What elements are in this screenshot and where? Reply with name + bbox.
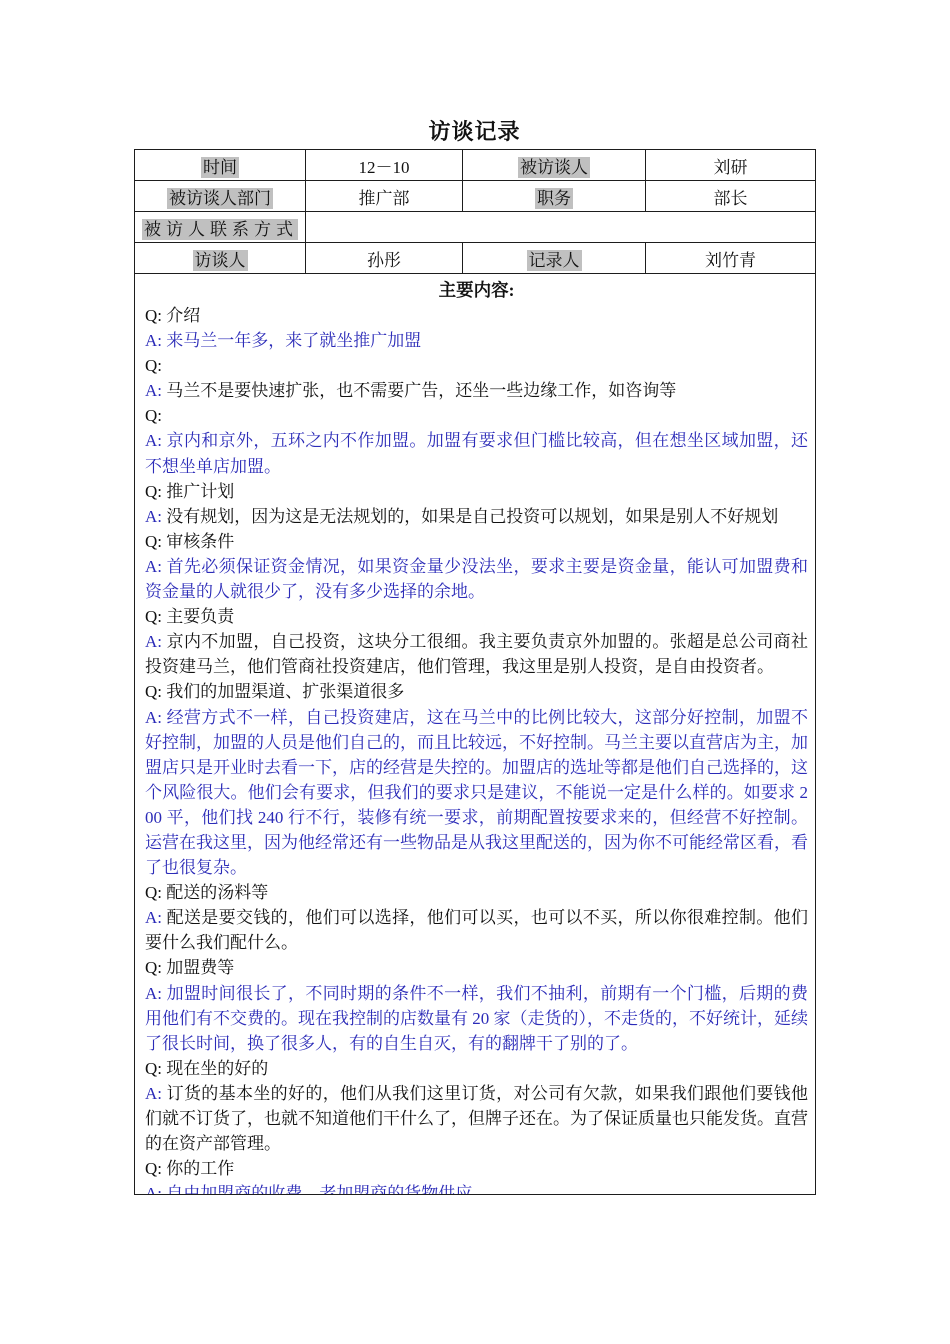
answer-prefix: A:	[145, 632, 162, 651]
position-value-cell: 部长	[646, 181, 816, 212]
answer-text: 马兰不是要快速扩张，也不需要广告，还坐一些边缘工作，如咨询等	[162, 381, 676, 400]
department-value-cell: 推广部	[306, 181, 463, 212]
table-row: 时间 12－10 被访谈人 刘研	[135, 150, 816, 181]
question-prefix: Q:	[145, 356, 162, 375]
question-text: 你的工作	[162, 1159, 234, 1178]
time-value-cell: 12－10	[306, 150, 463, 181]
interviewer-label-cell: 访谈人	[135, 243, 306, 274]
time-label-cell: 时间	[135, 150, 306, 181]
qa-line: A: 来马兰一年多，来了就坐推广加盟	[145, 328, 808, 353]
answer-text: 首先必须保证资金情况，如果资金量少没法坐，要求主要是资金量，能认可加盟费和资金量…	[145, 557, 808, 601]
main-content-cell: 主要内容: Q: 介绍A: 来马兰一年多，来了就坐推广加盟Q:A: 马兰不是要快…	[135, 274, 816, 1195]
interviewee-value-cell: 刘研	[646, 150, 816, 181]
answer-prefix: A:	[145, 1184, 162, 1194]
department-label: 被访谈人部门	[167, 188, 273, 209]
question-text: 介绍	[162, 306, 200, 325]
qa-line: A: 马兰不是要快速扩张，也不需要广告，还坐一些边缘工作，如咨询等	[145, 378, 808, 403]
question-prefix: Q:	[145, 406, 162, 425]
contact-label: 被访人联系方式	[142, 219, 298, 240]
question-text: 主要负责	[162, 607, 234, 626]
qa-line: Q: 我们的加盟渠道、扩张渠道很多	[145, 679, 808, 704]
document-page: { "page": { "title": "访谈记录" }, "info_tab…	[0, 0, 950, 1344]
table-row: 访谈人 孙彤 记录人 刘竹青	[135, 243, 816, 274]
answer-prefix: A:	[145, 1084, 162, 1103]
answer-prefix: A:	[145, 557, 162, 576]
qa-line: Q: 介绍	[145, 303, 808, 328]
question-text: 现在坐的好的	[162, 1059, 268, 1078]
answer-text: 配送是要交钱的，他们可以选择，他们可以买，也可以不买，所以你很难控制。他们要什么…	[145, 908, 808, 952]
position-label-cell: 职务	[463, 181, 646, 212]
interviewee-label: 被访谈人	[518, 157, 590, 178]
interviewee-value: 刘研	[714, 158, 748, 177]
interviewer-value: 孙彤	[367, 251, 401, 270]
time-value: 12－10	[359, 158, 410, 177]
answer-prefix: A:	[145, 908, 162, 927]
answer-text: 加盟时间很长了，不同时期的条件不一样，我们不抽利，前期有一个门槛，后期的费用他们…	[145, 984, 808, 1053]
qa-line: Q: 推广计划	[145, 479, 808, 504]
recorder-value-cell: 刘竹青	[646, 243, 816, 274]
qa-line: Q:	[145, 353, 808, 378]
answer-text: 自由加盟商的收费，老加盟商的货物供应。	[162, 1184, 489, 1194]
qa-line: A: 京内和京外，五环之内不作加盟。加盟有要求但门槛比较高，但在想坐区域加盟，还…	[145, 428, 808, 478]
table-row: 被访人联系方式	[135, 212, 816, 243]
interviewer-value-cell: 孙彤	[306, 243, 463, 274]
question-prefix: Q:	[145, 883, 162, 902]
recorder-value: 刘竹青	[705, 251, 756, 270]
question-prefix: Q:	[145, 607, 162, 626]
question-prefix: Q:	[145, 306, 162, 325]
answer-text: 来马兰一年多，来了就坐推广加盟	[162, 331, 421, 350]
interviewer-label: 访谈人	[193, 250, 248, 271]
qa-line: Q: 你的工作	[145, 1156, 808, 1181]
question-prefix: Q:	[145, 482, 162, 501]
answer-text: 没有规划，因为这是无法规划的，如果是自己投资可以规划，如果是别人不好规划	[162, 507, 778, 526]
contact-value-cell	[306, 212, 816, 243]
qa-line: Q: 主要负责	[145, 604, 808, 629]
qa-line: Q:	[145, 403, 808, 428]
main-content: 主要内容: Q: 介绍A: 来马兰一年多，来了就坐推广加盟Q:A: 马兰不是要快…	[137, 274, 813, 1194]
qa-line: Q: 加盟费等	[145, 955, 808, 980]
department-label-cell: 被访谈人部门	[135, 181, 306, 212]
department-value: 推广部	[359, 189, 410, 208]
page-title: 访谈记录	[134, 119, 815, 145]
question-text: 加盟费等	[162, 958, 234, 977]
recorder-label: 记录人	[527, 250, 582, 271]
interview-info-table: 时间 12－10 被访谈人 刘研 被访谈人部门 推广部 职务 部长 被访人联系方…	[134, 149, 816, 1195]
interviewee-label-cell: 被访谈人	[463, 150, 646, 181]
time-label: 时间	[201, 157, 239, 178]
answer-prefix: A:	[145, 431, 162, 450]
qa-line: Q: 配送的汤料等	[145, 880, 808, 905]
contact-label-cell: 被访人联系方式	[135, 212, 306, 243]
question-prefix: Q:	[145, 1059, 162, 1078]
question-prefix: Q:	[145, 682, 162, 701]
qa-line: A: 首先必须保证资金情况，如果资金量少没法坐，要求主要是资金量，能认可加盟费和…	[145, 554, 808, 604]
answer-prefix: A:	[145, 708, 162, 727]
answer-text: 京内不加盟，自己投资，这块分工很细。我主要负责京外加盟的。张超是总公司商社投资建…	[145, 632, 808, 676]
qa-line: Q: 审核条件	[145, 529, 808, 554]
qa-line: A: 订货的基本坐的好的，他们从我们这里订货，对公司有欠款，如果我们跟他们要钱他…	[145, 1081, 808, 1156]
position-value: 部长	[714, 189, 748, 208]
question-prefix: Q:	[145, 958, 162, 977]
answer-prefix: A:	[145, 381, 162, 400]
qa-line: A: 配送是要交钱的，他们可以选择，他们可以买，也可以不买，所以你很难控制。他们…	[145, 905, 808, 955]
table-row: 被访谈人部门 推广部 职务 部长	[135, 181, 816, 212]
position-label: 职务	[535, 188, 573, 209]
answer-prefix: A:	[145, 984, 162, 1003]
qa-line: A: 经营方式不一样，自己投资建店，这在马兰中的比例比较大，这部分好控制，加盟不…	[145, 705, 808, 881]
answer-text: 经营方式不一样，自己投资建店，这在马兰中的比例比较大，这部分好控制，加盟不好控制…	[145, 708, 808, 878]
answer-prefix: A:	[145, 507, 162, 526]
qa-list: Q: 介绍A: 来马兰一年多，来了就坐推广加盟Q:A: 马兰不是要快速扩张，也不…	[145, 303, 808, 1194]
question-text: 推广计划	[162, 482, 234, 501]
answer-text: 订货的基本坐的好的，他们从我们这里订货，对公司有欠款，如果我们跟他们要钱他们就不…	[145, 1084, 808, 1153]
qa-line: Q: 现在坐的好的	[145, 1056, 808, 1081]
question-prefix: Q:	[145, 1159, 162, 1178]
question-text: 我们的加盟渠道、扩张渠道很多	[162, 682, 404, 701]
question-prefix: Q:	[145, 532, 162, 551]
content-heading: 主要内容:	[145, 278, 808, 303]
table-row: 主要内容: Q: 介绍A: 来马兰一年多，来了就坐推广加盟Q:A: 马兰不是要快…	[135, 274, 816, 1195]
qa-line: A: 没有规划，因为这是无法规划的，如果是自己投资可以规划，如果是别人不好规划	[145, 504, 808, 529]
answer-prefix: A:	[145, 331, 162, 350]
question-text: 审核条件	[162, 532, 234, 551]
qa-line: A: 加盟时间很长了，不同时期的条件不一样，我们不抽利，前期有一个门槛，后期的费…	[145, 981, 808, 1056]
qa-line: A: 自由加盟商的收费，老加盟商的货物供应。	[145, 1181, 808, 1194]
answer-text: 京内和京外，五环之内不作加盟。加盟有要求但门槛比较高，但在想坐区域加盟，还不想坐…	[145, 431, 808, 475]
question-text: 配送的汤料等	[162, 883, 268, 902]
qa-line: A: 京内不加盟，自己投资，这块分工很细。我主要负责京外加盟的。张超是总公司商社…	[145, 629, 808, 679]
recorder-label-cell: 记录人	[463, 243, 646, 274]
